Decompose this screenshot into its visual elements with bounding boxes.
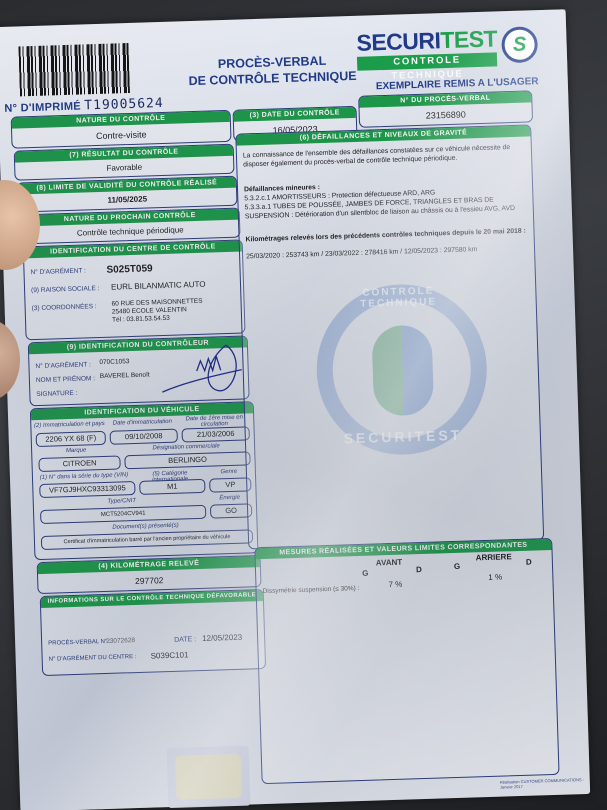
immat-label: (2) Immatriculation et pays [33, 421, 105, 429]
marque-value: CITROEN [38, 455, 120, 472]
security-hologram-area [167, 746, 251, 809]
immat-value: 2206 YX 68 (F) [36, 431, 106, 447]
controleur-nom-label: NOM ET PRÉNOM : [36, 375, 95, 384]
km-history-title: Kilométrages relevés lors des précédents… [246, 228, 528, 245]
arriere-d-label: D [526, 558, 532, 567]
vin-value: VF7GJ9HXC93313095 [39, 481, 135, 498]
inspection-report-sheet: N° D'IMPRIMÉ T19005624 PROCÈS-VERBAL DE … [0, 9, 590, 810]
barcode [18, 43, 130, 96]
brand-part-2: TEST [440, 25, 498, 53]
defavorable-pv-label: PROCÈS-VERBAL N° : [48, 639, 111, 647]
watermark-top-text: CONTROLE TECHNIQUE [328, 284, 469, 310]
mesures-box: MESURES RÉALISÉES ET VALEURS LIMITES COR… [254, 538, 559, 784]
securitest-logo: SECURITEST CONTROLE TECHNIQUE S [356, 24, 537, 80]
avant-g-label: G [362, 569, 369, 578]
date-immat-value: 09/10/2008 [110, 429, 178, 445]
numero-pv-value: 23156890 [360, 107, 532, 122]
vin-label: (1) N° dans la série du type (VIN) [37, 472, 131, 481]
controleur-nom-value: BAVEREL Benoît [100, 371, 150, 380]
imprime-label: N° D'IMPRIMÉ [4, 101, 81, 115]
resultat-value: Favorable [15, 160, 233, 176]
prochain-controle-value: Contrôle technique périodique [21, 224, 239, 240]
avant-d-label: D [416, 565, 422, 574]
defavorable-pv-value: 23072628 [106, 637, 135, 645]
date-immat-label: Date d'immatriculation [107, 419, 177, 427]
arriere-value: 1 % [488, 573, 502, 582]
controleur-agrement-value: 070C1053 [99, 358, 129, 366]
defaillances-intro: La connaissance de l'ensemble des défail… [243, 144, 523, 170]
coordonnees-label: (3) COORDONNÉES : [32, 303, 97, 312]
centre-controle-box: IDENTIFICATION DU CENTRE DE CONTRÔLE N° … [23, 239, 246, 340]
defavorable-centre-value: S039C101 [151, 650, 189, 660]
address-line-2: 25480 ECOLE VALENTIN [112, 306, 187, 315]
section-header: N° DU PROCÈS-VERBAL [359, 91, 531, 107]
genre-label: Genre [209, 468, 249, 475]
avant-header: AVANT [376, 558, 403, 568]
marque-label: Marque [36, 447, 116, 456]
kilometrage-box: (4) KILOMÉTRAGE RELEVÉ 297702 [37, 555, 262, 594]
footer-credit: Réalisation CUSTOMER COMMUNICATIONS - Ja… [500, 777, 590, 790]
controle-defavorable-box: INFORMATIONS SUR LE CONTRÔLE TECHNIQUE D… [40, 589, 266, 676]
centre-agrement-label: N° D'AGRÉMENT : [30, 267, 86, 276]
signature-label: SIGNATURE : [36, 390, 77, 398]
imprime-value: T19005624 [84, 96, 164, 113]
type-value: MCT5204CV941 [40, 505, 206, 524]
nature-controle-box: NATURE DU CONTRÔLE Contre-visite [11, 110, 232, 149]
designation-value: BERLINGO [124, 451, 250, 469]
raison-sociale-label: (9) RAISON SOCIALE : [31, 285, 99, 294]
telephone: Tél : 03.81.53.54.53 [112, 315, 170, 324]
numero-pv-box: N° DU PROCÈS-VERBAL 23156890 [358, 90, 533, 127]
controleur-agrement-label: N° D'AGRÉMENT : [35, 361, 91, 370]
arriere-g-label: G [454, 562, 461, 571]
section-header: (3) DATE DU CONTRÔLE [234, 107, 356, 122]
limite-validite-value: 11/05/2025 [18, 192, 236, 208]
nature-controle-value: Contre-visite [12, 127, 230, 144]
genre-value: VP [209, 477, 251, 492]
raison-sociale-value: EURL BILANMATIC AUTO [111, 280, 206, 292]
signature-scribble [156, 339, 248, 402]
prochain-controle-box: NATURE DU PROCHAIN CONTRÔLE Contrôle tec… [20, 208, 241, 245]
document-title: PROCÈS-VERBAL DE CONTRÔLE TECHNIQUE [187, 52, 358, 89]
km-history-values: 25/03/2020 : 253743 km / 23/03/2022 : 27… [246, 245, 528, 262]
defavorable-date-label: DATE : [174, 636, 196, 644]
categorie-value: M1 [139, 479, 205, 495]
dissymetrie-label: Dissymétrie suspension (≤ 30%) : [263, 585, 360, 595]
kilometrage-value: 297702 [38, 572, 260, 589]
defavorable-date-value: 12/05/2023 [202, 633, 242, 643]
brand-part-1: SECURI [356, 27, 441, 56]
brand-subtitle: CONTROLE TECHNIQUE [357, 52, 497, 70]
premiere-circ-value: 21/03/2006 [182, 426, 250, 442]
documents-value: Certificat d'immatriculation barré par l… [41, 529, 253, 550]
vehicule-box: IDENTIFICATION DU VÉHICULE (2) Immatricu… [30, 401, 259, 560]
address-line-1: 60 RUE DES MAISONNETTES [111, 298, 202, 308]
resultat-box: (7) RÉSULTAT DU CONTRÔLE Favorable [14, 144, 235, 181]
securitest-s-icon: S [501, 26, 538, 63]
avant-value: 7 % [388, 580, 402, 589]
limite-validite-box: (8) LIMITE DE VALIDITÉ DU CONTRÔLE RÉALI… [17, 176, 238, 213]
defavorable-centre-label: N° D'AGRÉMENT DU CENTRE : [49, 654, 137, 663]
designation-label: Désignation commerciale [124, 442, 248, 452]
arriere-header: ARRIERE [476, 552, 512, 562]
centre-agrement-value: S025T059 [106, 263, 152, 275]
energie-label: Énergie [210, 494, 250, 501]
